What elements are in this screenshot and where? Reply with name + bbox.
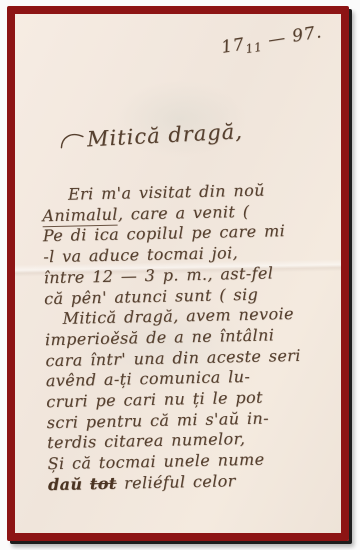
letter-line-text: reliéful celor [124,471,236,492]
letter-scan-frame: 1711 — 97. Mitică dragă, Eri m'a visitat… [7,6,349,541]
salutation-text: Mitică dragă, [86,119,243,151]
struck-word: tot [90,474,117,494]
date-month: 11 [245,40,264,57]
paper-stain [85,64,275,174]
letter-body: Eri m'a visitat din noŭ Animalul, care a… [42,179,349,496]
date-year: — 97. [267,22,324,50]
letter-date: 1711 — 97. [220,22,324,60]
salutation: Mitică dragă, [58,119,243,155]
overwritten-word: daŭ [48,474,83,494]
flourish-icon [59,129,86,154]
underlined-word: Animalul [42,204,118,227]
date-day: 17 [220,34,246,57]
letter-line-text: , care a venit ( [118,202,250,224]
